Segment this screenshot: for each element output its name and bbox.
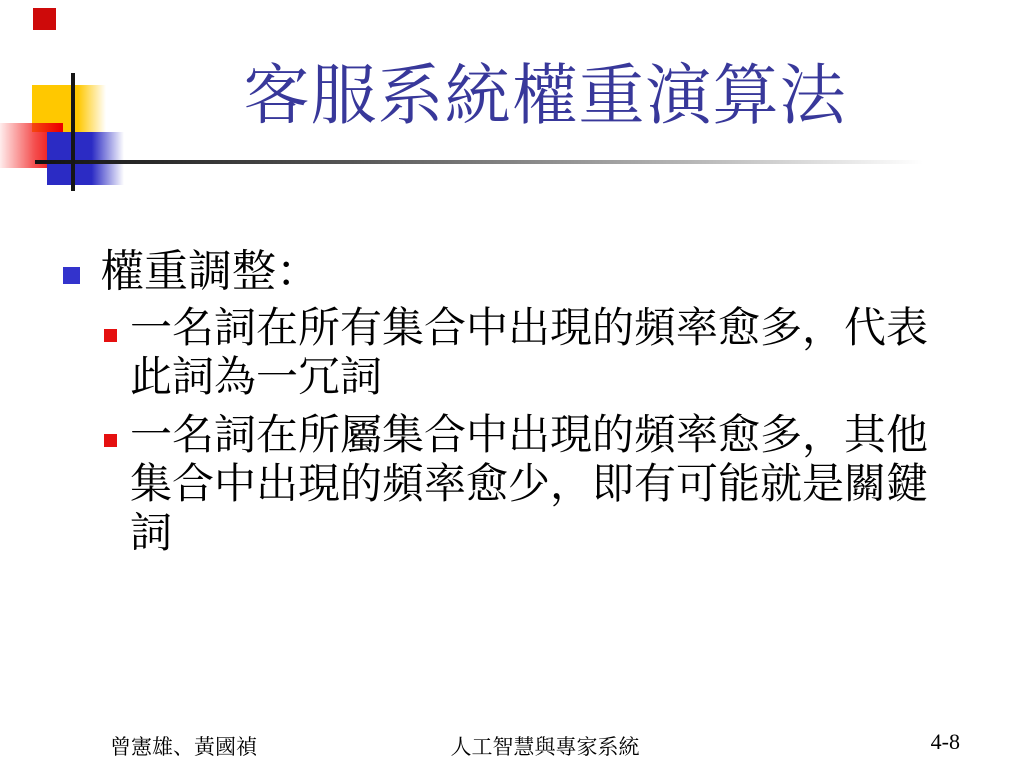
bullet-level1-text: 權重調整： — [100, 246, 960, 298]
bullet-level2-text: 一名詞在所有集合中出現的頻率愈多，代表 此詞為一冗詞 — [130, 305, 950, 403]
corner-red-square — [33, 8, 56, 30]
title-underline-rule — [35, 160, 941, 164]
bullet-level2-text: 一名詞在所屬集合中出現的頻率愈多，其他 集合中出現的頻率愈少，即有可能就是關鍵 … — [130, 412, 950, 559]
slide: 客服系統權重演算法 權重調整： 一名詞在所有集合中出現的頻率愈多，代表 此詞為一… — [0, 0, 1024, 768]
level2-bullet-square-icon — [104, 434, 117, 447]
slide-title: 客服系統權重演算法 — [140, 58, 950, 136]
footer-book-title: 人工智慧與專家系統 — [140, 731, 950, 761]
blue-deco-square — [47, 132, 124, 185]
level1-bullet-square-icon — [63, 267, 80, 284]
footer-page-number: 4-8 — [931, 729, 960, 755]
level2-bullet-square-icon — [104, 329, 117, 342]
vertical-crossing-line — [71, 73, 75, 191]
